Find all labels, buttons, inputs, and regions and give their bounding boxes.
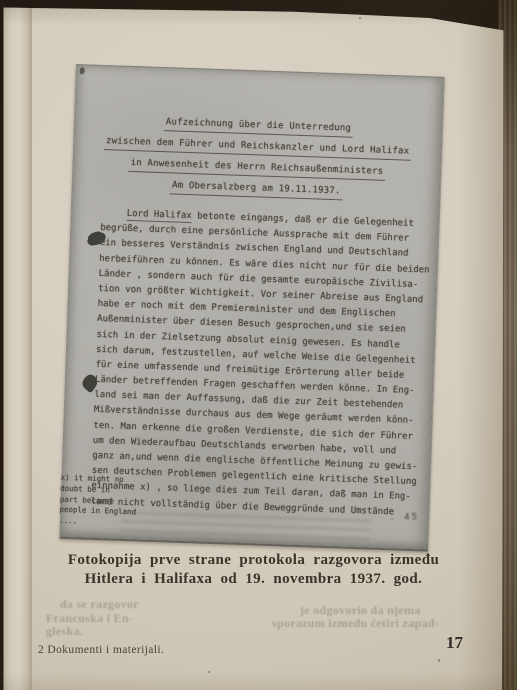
ghost-showthrough-text: gleska. — [46, 624, 83, 639]
document-title-line: Aufzeichnung über die Unterredung — [163, 116, 353, 138]
page-shadow-top — [2, 0, 505, 26]
underlined-name: Lord Halifax — [127, 209, 192, 223]
caption-line: Hitlera i Halifaxa od 19. novembra 1937.… — [2, 570, 505, 589]
dust-speck — [438, 659, 440, 662]
caption-line: Fotokopija prve strane protokola razgovo… — [2, 551, 505, 570]
printer-signature: 2 Dokumenti i materijali. — [38, 644, 164, 656]
document-body-lines: begrüße, durch eine persönliche Aussprac… — [90, 221, 434, 521]
document-title: Aufzeichnung über die Unterredungzwische… — [91, 114, 424, 203]
pencil-mark: . 45 — [389, 512, 419, 523]
ghost-showthrough-text: sporazum između četiri zapad- — [272, 616, 439, 631]
document-text: Aufzeichnung über die Unterredungzwische… — [60, 65, 443, 550]
page-number: 17 — [446, 633, 463, 653]
document-title-line: in Anwesenheit des Herrn Reichsaußenmini… — [128, 157, 385, 181]
facsimile-photocopy: Aufzeichnung über die Unterredungzwische… — [59, 64, 444, 552]
photo-caption: Fotokopija prve strane protokola razgovo… — [2, 551, 505, 589]
dust-speck — [359, 17, 361, 19]
book-page: Aufzeichnung über die Unterredungzwische… — [2, 0, 505, 690]
margin-annotation: x) it might nodoubt be inpart becausepeo… — [59, 473, 138, 530]
document-body: Lord Halifax betonte eingangs, daß er di… — [90, 206, 434, 521]
ghost-showthrough-text: da se razgovor — [60, 597, 139, 612]
dust-speck — [208, 671, 210, 673]
document-title-line: Am Obersalzberg am 19.11.1937. — [170, 179, 343, 200]
page-shadow-bottom — [2, 672, 505, 690]
